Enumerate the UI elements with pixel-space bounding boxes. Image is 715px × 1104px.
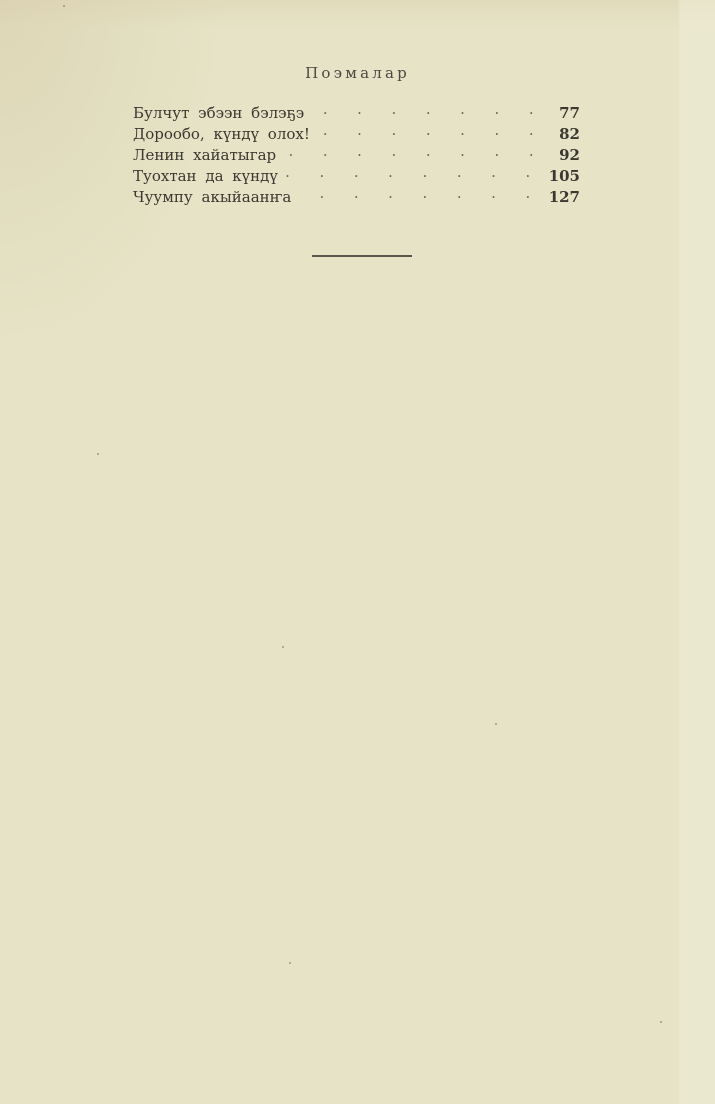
toc-page-number: 82: [552, 124, 580, 145]
toc-dot-leader: · · · · · · · · · · ·: [282, 145, 546, 166]
toc-entry-title: Булчут эбээн бэлэҕэ: [133, 103, 304, 124]
section-title: Поэмалар: [0, 64, 715, 82]
toc-dot-leader: · · · · · · · · · · ·: [310, 103, 546, 124]
paper-speck: [495, 723, 497, 725]
toc-entry: Туохтан да күндү · · · · · · · · · · · ·…: [133, 166, 580, 187]
toc-entry-title: Дорообо, күндү олох!: [133, 124, 310, 145]
toc-page-number: 92: [552, 145, 580, 166]
toc-dot-leader: · · · · · · · · · · ·: [297, 187, 542, 208]
toc-dot-leader: · · · · · · · · · · · ·: [284, 166, 543, 187]
toc-page-number: 105: [549, 166, 580, 187]
paper-speck: [282, 646, 284, 648]
toc-dot-leader: · · · · · · · · ·: [316, 124, 546, 145]
toc-entry-title: Чуумпу акыйаанҥа: [133, 187, 291, 208]
paper-speck: [660, 1021, 662, 1023]
toc-entry: Дорообо, күндү олох! · · · · · · · · · 8…: [133, 124, 580, 145]
paper-speck: [97, 453, 99, 455]
section-divider-rule: [312, 255, 412, 257]
toc-entry: Булчут эбээн бэлэҕэ · · · · · · · · · · …: [133, 103, 580, 124]
paper-speck: [63, 5, 65, 7]
table-of-contents: Булчут эбээн бэлэҕэ · · · · · · · · · · …: [133, 103, 580, 208]
toc-page-number: 77: [552, 103, 580, 124]
paper-speck: [289, 962, 291, 964]
toc-page-number: 127: [549, 187, 580, 208]
toc-entry: Чуумпу акыйаанҥа · · · · · · · · · · · 1…: [133, 187, 580, 208]
toc-entry-title: Туохтан да күндү: [133, 166, 278, 187]
toc-entry: Ленин хайатыгар · · · · · · · · · · · 92: [133, 145, 580, 166]
toc-entry-title: Ленин хайатыгар: [133, 145, 276, 166]
